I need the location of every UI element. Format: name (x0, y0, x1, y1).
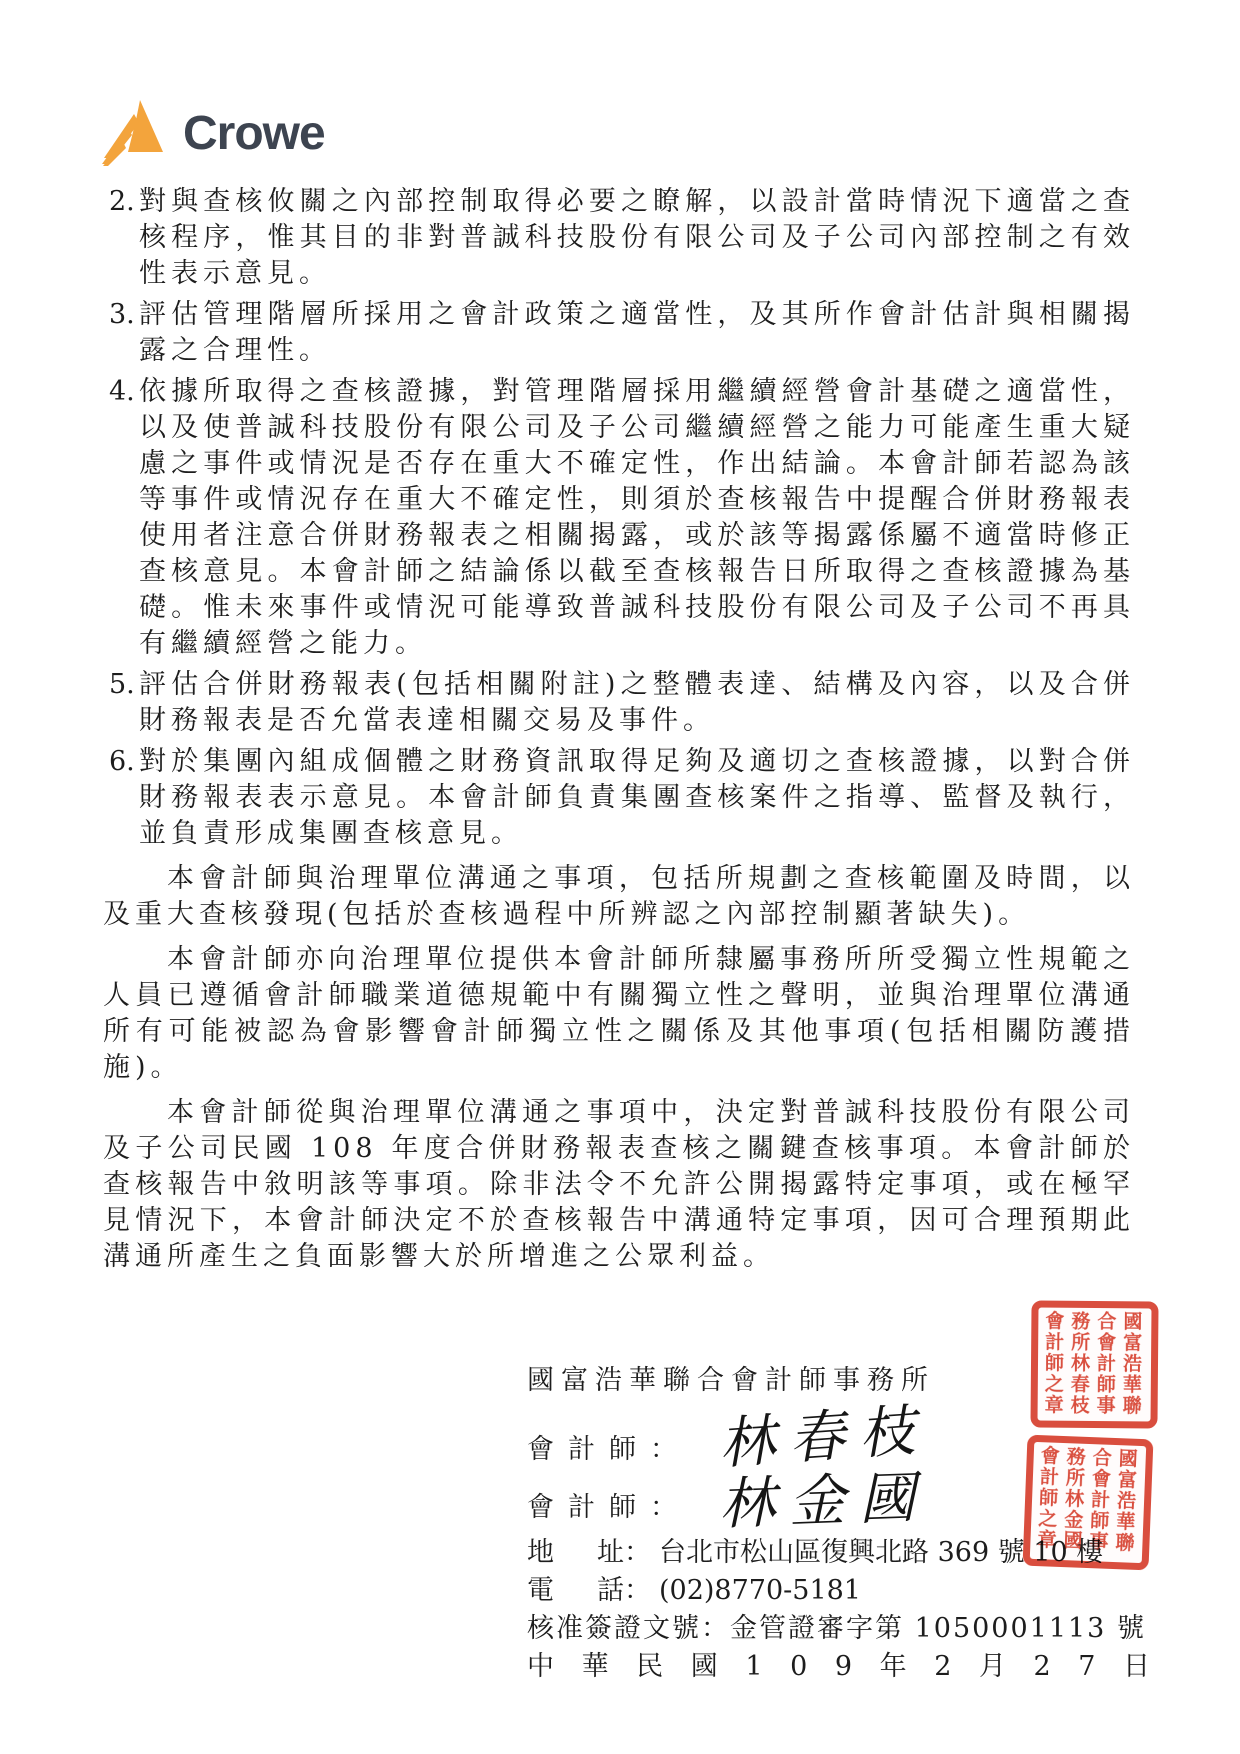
item-number: 2. (109, 184, 135, 220)
approval-row: 核准簽證文號：金管證審字第 1050001113 號 (527, 1606, 1146, 1645)
numbered-item-2: 2. 對與查核攸關之內部控制取得必要之瞭解，以設計當時情況下適當之查核程序，惟其… (103, 184, 1135, 292)
approval-label: 核准簽證文號： (527, 1613, 730, 1644)
accountant-label: 會計師： (527, 1492, 691, 1523)
seal-stamp-lin-chin-kuo: 國富浩華聯合會計師事務所林金國會計師之章 (1023, 1435, 1154, 1571)
item-text: 評估管理階層所採用之會計政策之適當性，及其所作會計估計與相關揭露之合理性。 (139, 299, 1135, 366)
item-text: 對於集團內組成個體之財務資訊取得足夠及適切之查核證據，以對合併財務報表表示意見。… (139, 746, 1135, 849)
address-label: 地 址： (527, 1530, 651, 1569)
phone-row: 電 話： (02)8770-5181 (527, 1568, 861, 1607)
approval-value: 金管證審字第 1050001113 號 (730, 1613, 1146, 1644)
paragraph-key-audit-matters: 本會計師從與治理單位溝通之事項中，決定對普誠科技股份有限公司及子公司民國 108… (103, 1095, 1135, 1275)
firm-name: 國富浩華聯合會計師事務所 (527, 1358, 935, 1397)
item-number: 6. (109, 744, 135, 780)
phone-value: (02)8770-5181 (659, 1575, 861, 1606)
seal-text: 國富浩華聯合會計師事務所林春枝會計師之章 (1040, 1311, 1145, 1419)
seal-text: 國富浩華聯合會計師事務所林金國會計師之章 (1032, 1445, 1140, 1560)
handwritten-signature-lin-chun-chih: 林春枝 (717, 1403, 930, 1474)
handwritten-signature-lin-chin-kuo: 林金國 (718, 1470, 930, 1533)
date-line: 中 華 民 國 1 0 9 年 2 月 2 7 日 (527, 1644, 1156, 1683)
accountant-label: 會計師： (527, 1434, 691, 1465)
numbered-item-6: 6. 對於集團內組成個體之財務資訊取得足夠及適切之查核證據，以對合併財務報表表示… (103, 744, 1135, 852)
item-number: 4. (109, 374, 135, 410)
crowe-logo: Crowe (95, 100, 325, 166)
numbered-item-5: 5. 評估合併財務報表(包括相關附註)之整體表達、結構及內容，以及合併財務報表是… (103, 667, 1135, 739)
paragraph-governance-communication: 本會計師與治理單位溝通之事項，包括所規劃之查核範圍及時間，以及重大查核發現(包括… (103, 861, 1135, 933)
item-number: 3. (109, 297, 135, 333)
accountant-row-1: 會計師：林春枝 (527, 1412, 901, 1468)
item-text: 評估合併財務報表(包括相關附註)之整體表達、結構及內容，以及合併財務報表是否允當… (139, 669, 1135, 736)
crowe-brand-text: Crowe (183, 110, 325, 166)
item-text: 對與查核攸關之內部控制取得必要之瞭解，以設計當時情況下適當之查核程序，惟其目的非… (139, 186, 1135, 289)
phone-label: 電 話： (527, 1568, 651, 1607)
item-number: 5. (109, 667, 135, 703)
numbered-item-3: 3. 評估管理階層所採用之會計政策之適當性，及其所作會計估計與相關揭露之合理性。 (103, 297, 1135, 369)
item-text: 依據所取得之查核證據，對管理階層採用繼續經營會計基礎之適當性，以及使普誠科技股份… (139, 376, 1135, 659)
crowe-pinnacle-icon (95, 100, 165, 166)
audit-report-page: Crowe 2. 對與查核攸關之內部控制取得必要之瞭解，以設計當時情況下適當之查… (0, 0, 1240, 1754)
accountant-row-2: 會計師：林金國 (527, 1470, 901, 1526)
numbered-item-4: 4. 依據所取得之查核證據，對管理階層採用繼續經營會計基礎之適當性，以及使普誠科… (103, 374, 1135, 662)
paragraph-independence-statement: 本會計師亦向治理單位提供本會計師所隸屬事務所所受獨立性規範之人員已遵循會計師職業… (103, 942, 1135, 1086)
report-body: 2. 對與查核攸關之內部控制取得必要之瞭解，以設計當時情況下適當之查核程序，惟其… (103, 184, 1135, 1275)
seal-stamp-lin-chun-chih: 國富浩華聯合會計師事務所林春枝會計師之章 (1030, 1300, 1158, 1428)
address-row: 地 址： 台北市松山區復興北路 369 號 10 樓 (527, 1530, 1103, 1569)
